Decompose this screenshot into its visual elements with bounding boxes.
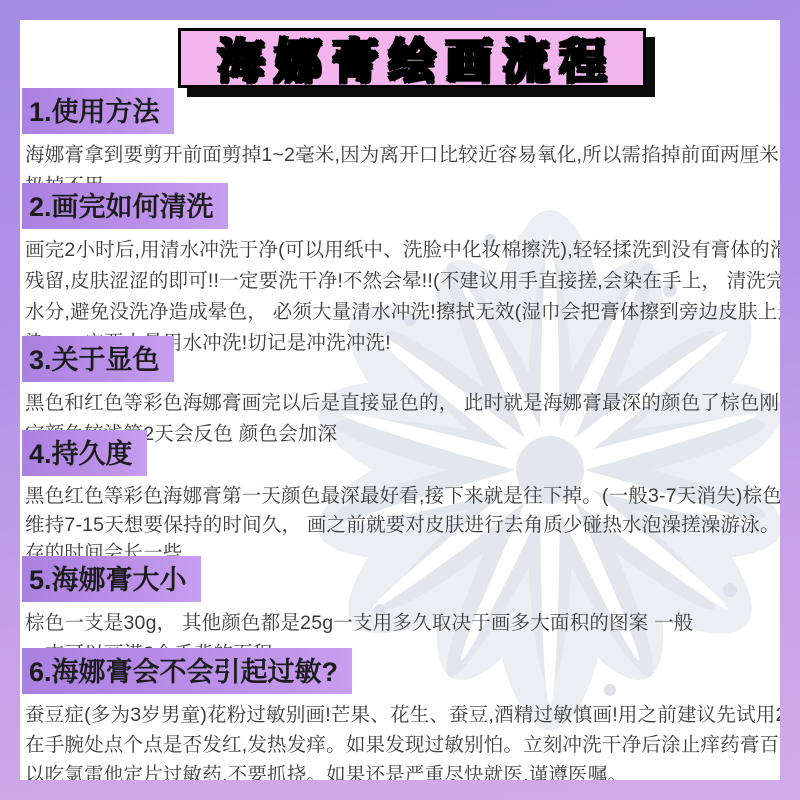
text-line: 水分,避免没洗净造成晕色， 必须大量清水冲洗!擦拭无效(湿巾会把膏体擦到旁边皮肤… <box>25 297 778 328</box>
section-color-development-heading: 3.关于显色 <box>22 336 174 382</box>
section-cleaning-heading: 2.画完如何清洗 <box>22 183 228 229</box>
poster-title: 海娜膏绘画流程 <box>208 25 617 92</box>
text-line: 棕色一支是30g， 其他颜色都是25g一支用多久取决于画多大面积的图案 一般 <box>25 608 778 639</box>
section-allergy: 6.海娜膏会不会引起过敏? 蚕豆症(多为3岁男童)花粉过敏别画!芒果、花生、蚕豆… <box>22 648 778 780</box>
section-durability-body: 黑色红色等彩色海娜膏第一天颜色最深最好看,接下来就是往下掉。(一般3-7天消失)… <box>25 482 778 568</box>
text-line: 黑色和红色等彩色海娜膏画完以后是直接显色的， 此时就是海娜膏最深的颜色了棕色刚开… <box>25 388 778 419</box>
section-allergy-heading: 6.海娜膏会不会引起过敏? <box>22 648 352 694</box>
section-durability: 4.持久度 黑色红色等彩色海娜膏第一天颜色最深最好看,接下来就是往下掉。(一般3… <box>22 430 778 568</box>
section-allergy-body: 蚕豆症(多为3岁男童)花粉过敏别画!芒果、花生、蚕豆,酒精过敏慎画!用之前建议先… <box>25 700 778 780</box>
text-line: 维持7-15天想要保持的时间久， 画之前就要对皮肤进行去角质少碰热水泡澡搓澡游泳… <box>25 511 778 540</box>
section-cleaning: 2.画完如何清洗 画完2小时后,用清水冲洗于净(可以用纸中、洗脸中化妆棉擦洗),… <box>22 183 778 359</box>
section-usage-heading: 1.使用方法 <box>22 88 174 134</box>
poster-content-area: 海娜膏绘画流程 1.使用方法 海娜膏拿到要剪开前面剪掉1~2毫米,因为离开口比较… <box>20 20 780 780</box>
poster-title-box: 海娜膏绘画流程 <box>178 28 646 88</box>
text-line: 残留,皮肤涩涩的即可!!一定要洗干净!不然会晕!!(不建议用手直接搓,会染在手上… <box>25 266 778 297</box>
text-line: 海娜膏拿到要剪开前面剪掉1~2毫米,因为离开口比较近容易氧化,所以需掐掉前面两厘… <box>25 140 778 171</box>
poster-page: 海娜膏绘画流程 1.使用方法 海娜膏拿到要剪开前面剪掉1~2毫米,因为离开口比较… <box>0 0 800 800</box>
section-size-heading: 5.海娜膏大小 <box>22 556 201 602</box>
text-line: 画完2小时后,用清水冲洗于净(可以用纸中、洗脸中化妆棉擦洗),轻轻揉洗到没有膏体… <box>25 235 778 266</box>
text-line: 黑色红色等彩色海娜膏第一天颜色最深最好看,接下来就是往下掉。(一般3-7天消失)… <box>25 482 778 511</box>
section-durability-heading: 4.持久度 <box>22 430 147 476</box>
text-line: 在手腕处点个点是否发红,发热发痒。如果发现过敏别怕。立刻冲洗干净后涂止痒药膏百多… <box>25 730 778 760</box>
text-line: 以吃氯雷他定片过敏药,不要抓挠。如果还是严重尽快就医,谨遵医嘱。 <box>25 760 778 780</box>
text-line: 蚕豆症(多为3岁男童)花粉过敏别画!芒果、花生、蚕豆,酒精过敏慎画!用之前建议先… <box>25 700 778 730</box>
